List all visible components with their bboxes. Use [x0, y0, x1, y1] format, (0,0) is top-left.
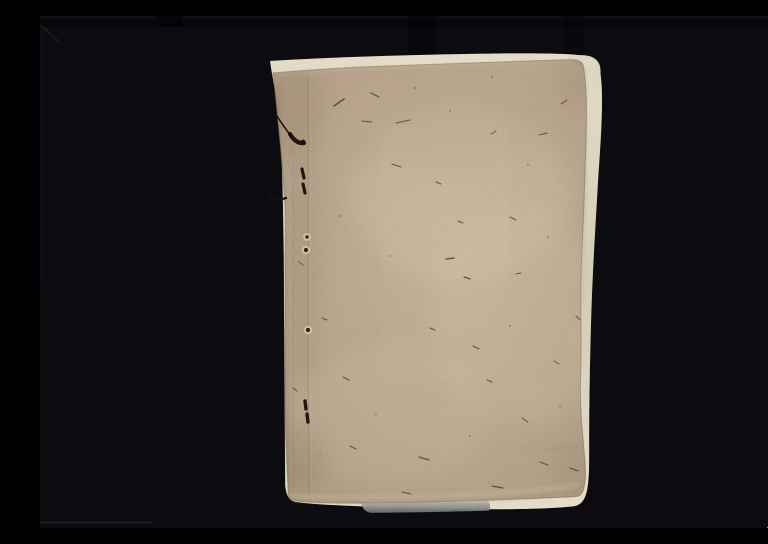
paper-speck [414, 87, 416, 89]
paper-speck [527, 164, 529, 166]
paper-speck [339, 215, 341, 217]
floor-line [40, 522, 153, 524]
paper-speck [559, 405, 561, 407]
binding-hole [306, 328, 310, 332]
document-photo-canvas [40, 16, 768, 528]
paper-speck [547, 236, 549, 238]
background-seam-right [564, 16, 584, 56]
ink-mark [305, 401, 306, 409]
ink-mark [303, 184, 305, 193]
paper-speck [469, 435, 471, 437]
paper-texture [265, 46, 610, 516]
ink-mark [302, 169, 304, 178]
background-seam-center [408, 16, 436, 60]
ink-mark [307, 414, 308, 422]
paper-speck [389, 255, 391, 257]
background-top-glint [40, 16, 768, 19]
paper-speck [491, 76, 493, 78]
binding-hole [305, 235, 308, 238]
background-seam-left [156, 16, 182, 27]
binding-hole [304, 248, 308, 252]
paper-speck [375, 413, 377, 415]
paper-stack [253, 46, 610, 516]
ink-blob [301, 140, 306, 145]
ink-blob [268, 194, 274, 200]
paper-speck [319, 455, 321, 457]
paper-fiber [446, 258, 454, 259]
archival-photo: Photograph of a stack of aged papers wit… [40, 16, 768, 528]
paper-speck [509, 325, 511, 327]
frame-left-edge [40, 25, 44, 285]
paper-speck [449, 110, 451, 112]
texture-grain-light [265, 46, 610, 516]
